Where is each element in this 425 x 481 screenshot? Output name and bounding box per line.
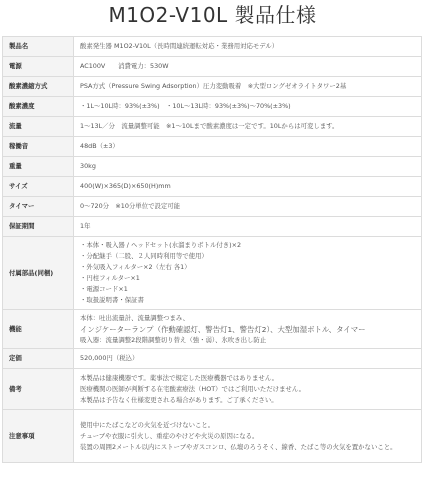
spec-label: 機能 xyxy=(3,310,74,349)
spec-value-line: 400(W)×365(D)×650(H)mm xyxy=(80,181,415,192)
spec-value: 本製品は健康機器です。薬事法で規定した医療機器ではありません。 医療機関の医師が… xyxy=(74,369,422,410)
spec-row-cautions: 注意事項 使用中にたばこなどの火気を近づけないこと。 チューブや衣服に引火し、重… xyxy=(3,410,422,463)
spec-value: ・1L～10L時：93%(±3%) ・10L～13L時：93%(±3%)～70%… xyxy=(74,97,422,117)
spec-row-product-name: 製品名 酸素発生器 M1O2-V10L（長時間連続運転対応・業務用対応モデル） xyxy=(3,37,422,57)
spec-value-line: チューブや衣服に引火し、重症のやけどや火災の原因になる。 xyxy=(80,431,415,442)
spec-row-size: サイズ 400(W)×365(D)×650(H)mm xyxy=(3,177,422,197)
spec-value-line: 酸素発生器 M1O2-V10L（長時間連続運転対応・業務用対応モデル） xyxy=(80,41,415,52)
spec-value: 本体：吐出流量計、流量調整つまみ、 インジケーターランプ（作動確認灯、警告灯1、… xyxy=(74,310,422,349)
accessory-item: ・電源コード×1 xyxy=(80,284,415,295)
spec-value: 1年 xyxy=(74,217,422,237)
spec-value-line: 装置の周囲2メートル以内にストーブやガスコンロ、仏壇のろうそく、線香、たばこ等の… xyxy=(80,442,415,453)
page-title: M1O2-V10L 製品仕様 xyxy=(0,2,425,28)
spec-value-line: 本体：吐出流量計、流量調整つまみ、 xyxy=(80,313,415,324)
spec-value-line: PSA方式（Pressure Swing Adsorption）圧力変動吸着 ※… xyxy=(80,81,415,92)
spec-value: 48dB（±3） xyxy=(74,137,422,157)
spec-value-line: AC100V 消費電力：530W xyxy=(80,61,415,72)
spec-label: 電源 xyxy=(3,57,74,77)
spec-label: 注意事項 xyxy=(3,410,74,463)
spec-label: 稼働音 xyxy=(3,137,74,157)
spec-row-weight: 重量 30kg xyxy=(3,157,422,177)
spec-value-line: 0～720分 ※10分単位で設定可能 xyxy=(80,201,415,212)
spec-label: 備考 xyxy=(3,369,74,410)
spec-label: 流量 xyxy=(3,117,74,137)
spec-label: 酸素濃度 xyxy=(3,97,74,117)
spec-value-line: 1～13L／分 流量調整可能 ※1～10Lまで酸素濃度は一定です。10Lからは可… xyxy=(80,121,415,132)
spec-page: M1O2-V10L 製品仕様 製品名 酸素発生器 M1O2-V10L（長時間連続… xyxy=(0,0,425,481)
spec-label: 付属部品(同梱) xyxy=(3,237,74,310)
spec-row-accessories: 付属部品(同梱) ・本体・吸入器 / ヘッドセット(水溜まりボトル付き)×2 ・… xyxy=(3,237,422,310)
spec-row-concentration-method: 酸素濃縮方式 PSA方式（Pressure Swing Adsorption）圧… xyxy=(3,77,422,97)
spec-value: ・本体・吸入器 / ヘッドセット(水溜まりボトル付き)×2 ・分配継手（二股、２… xyxy=(74,237,422,310)
spec-value-line: 医療機関の医師が判断する在宅酸素療法（HOT）ではご利用いただけません。 xyxy=(80,384,415,395)
spec-value: 1～13L／分 流量調整可能 ※1～10Lまで酸素濃度は一定です。10Lからは可… xyxy=(74,117,422,137)
spec-row-remarks: 備考 本製品は健康機器です。薬事法で規定した医療機器ではありません。 医療機関の… xyxy=(3,369,422,410)
spec-label: サイズ xyxy=(3,177,74,197)
spec-value: PSA方式（Pressure Swing Adsorption）圧力変動吸着 ※… xyxy=(74,77,422,97)
accessory-item: ・円柱フィルター×1 xyxy=(80,273,415,284)
spec-value: 520,000円（税込） xyxy=(74,349,422,369)
spec-value: 酸素発生器 M1O2-V10L（長時間連続運転対応・業務用対応モデル） xyxy=(74,37,422,57)
spec-value-line: 48dB（±3） xyxy=(80,141,415,152)
spec-row-flow-rate: 流量 1～13L／分 流量調整可能 ※1～10Lまで酸素濃度は一定です。10Lか… xyxy=(3,117,422,137)
spec-value-line: 1年 xyxy=(80,221,415,232)
price-value: 520,000円（税込） xyxy=(80,353,415,364)
spec-value-line: 本製品は健康機器です。薬事法で規定した医療機器ではありません。 xyxy=(80,373,415,384)
spec-value-line: インジケーターランプ（作動確認灯、警告灯1、警告灯2）、大型加湿ボトル、タイマー xyxy=(80,324,415,335)
spec-value: 使用中にたばこなどの火気を近づけないこと。 チューブや衣服に引火し、重症のやけど… xyxy=(74,410,422,463)
spec-row-warranty: 保証期間 1年 xyxy=(3,217,422,237)
spec-label: タイマー xyxy=(3,197,74,217)
spec-row-oxygen-concentration: 酸素濃度 ・1L～10L時：93%(±3%) ・10L～13L時：93%(±3%… xyxy=(3,97,422,117)
spec-value-line: ・1L～10L時：93%(±3%) ・10L～13L時：93%(±3%)～70%… xyxy=(80,101,415,112)
spec-value-line: 本製品は予告なく仕様変更される場合があります。ご了承ください。 xyxy=(80,395,415,406)
spec-label: 定価 xyxy=(3,349,74,369)
accessory-item: ・取扱説明書・保証書 xyxy=(80,295,415,306)
spec-value-line: 使用中にたばこなどの火気を近づけないこと。 xyxy=(80,420,415,431)
spec-label: 保証期間 xyxy=(3,217,74,237)
spec-value-line: 吸入器：流量調整2段階調整切り替え（強・弱）、氷吹き出し防止 xyxy=(80,335,415,346)
spec-table: 製品名 酸素発生器 M1O2-V10L（長時間連続運転対応・業務用対応モデル） … xyxy=(2,36,422,463)
accessory-item: ・外気吸入フィルター×2（左右 各1） xyxy=(80,262,415,273)
spec-value: 30kg xyxy=(74,157,422,177)
spec-value-line: 30kg xyxy=(80,161,415,172)
spec-value: 0～720分 ※10分単位で設定可能 xyxy=(74,197,422,217)
spec-label: 重量 xyxy=(3,157,74,177)
spec-label: 酸素濃縮方式 xyxy=(3,77,74,97)
spec-label: 製品名 xyxy=(3,37,74,57)
spec-value: AC100V 消費電力：530W xyxy=(74,57,422,77)
spec-row-functions: 機能 本体：吐出流量計、流量調整つまみ、 インジケーターランプ（作動確認灯、警告… xyxy=(3,310,422,349)
spec-row-power: 電源 AC100V 消費電力：530W xyxy=(3,57,422,77)
spec-row-price: 定価 520,000円（税込） xyxy=(3,349,422,369)
accessory-item: ・分配継手（二股、２人同時利用等で使用） xyxy=(80,251,415,262)
spec-row-noise: 稼働音 48dB（±3） xyxy=(3,137,422,157)
spec-value: 400(W)×365(D)×650(H)mm xyxy=(74,177,422,197)
spec-row-timer: タイマー 0～720分 ※10分単位で設定可能 xyxy=(3,197,422,217)
accessory-item: ・本体・吸入器 / ヘッドセット(水溜まりボトル付き)×2 xyxy=(80,240,415,251)
